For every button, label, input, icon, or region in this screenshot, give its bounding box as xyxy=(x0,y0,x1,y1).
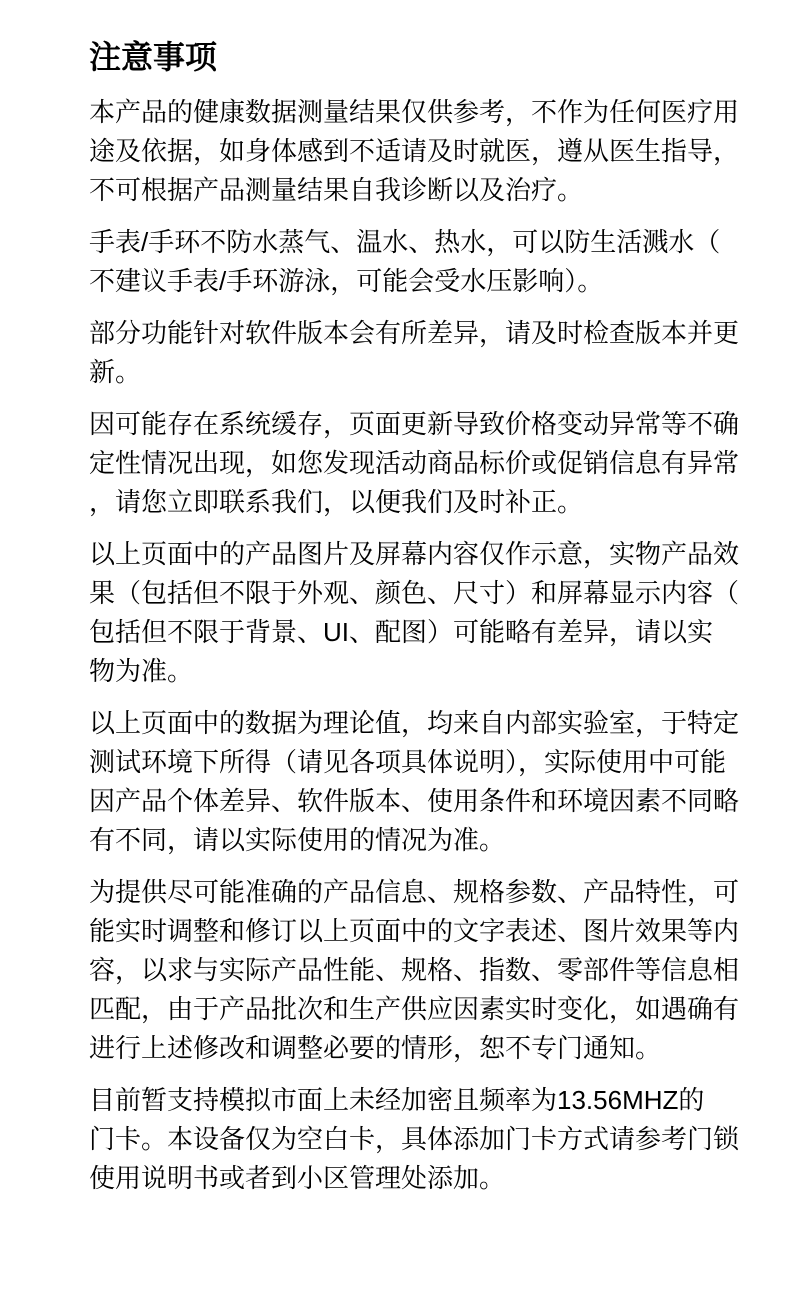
paragraph-spec-adjustment: 为提供尽可能准确的产品信息、规格参数、产品特性，可 能实时调整和修订以上页面中的… xyxy=(89,873,755,1068)
paragraph-software-version: 部分功能针对软件版本会有所差异，请及时检查版本并更 新。 xyxy=(89,314,755,392)
paragraph-water-resistance: 手表/手环不防水蒸气、温水、热水，可以防生活溅水（ 不建议手表/手环游泳，可能会… xyxy=(89,223,755,301)
paragraph-display-difference: 以上页面中的产品图片及屏幕内容仅作示意，实物产品效 果（包括但不限于外观、颜色、… xyxy=(89,535,755,691)
notice-section: 注意事项 本产品的健康数据测量结果仅供参考，不作为任何医疗用 途及依据，如身体感… xyxy=(0,0,790,1300)
section-title: 注意事项 xyxy=(89,38,755,76)
paragraph-price-cache: 因可能存在系统缓存，页面更新导致价格变动异常等不确 定性情况出现，如您发现活动商… xyxy=(89,405,755,522)
paragraph-nfc-card: 目前暂支持模拟市面上未经加密且频率为13.56MHZ的 门卡。本设备仅为空白卡，… xyxy=(89,1081,755,1198)
paragraph-lab-data: 以上页面中的数据为理论值，均来自内部实验室，于特定 测试环境下所得（请见各项具体… xyxy=(89,704,755,860)
paragraph-medical-disclaimer: 本产品的健康数据测量结果仅供参考，不作为任何医疗用 途及依据，如身体感到不适请及… xyxy=(89,93,755,210)
